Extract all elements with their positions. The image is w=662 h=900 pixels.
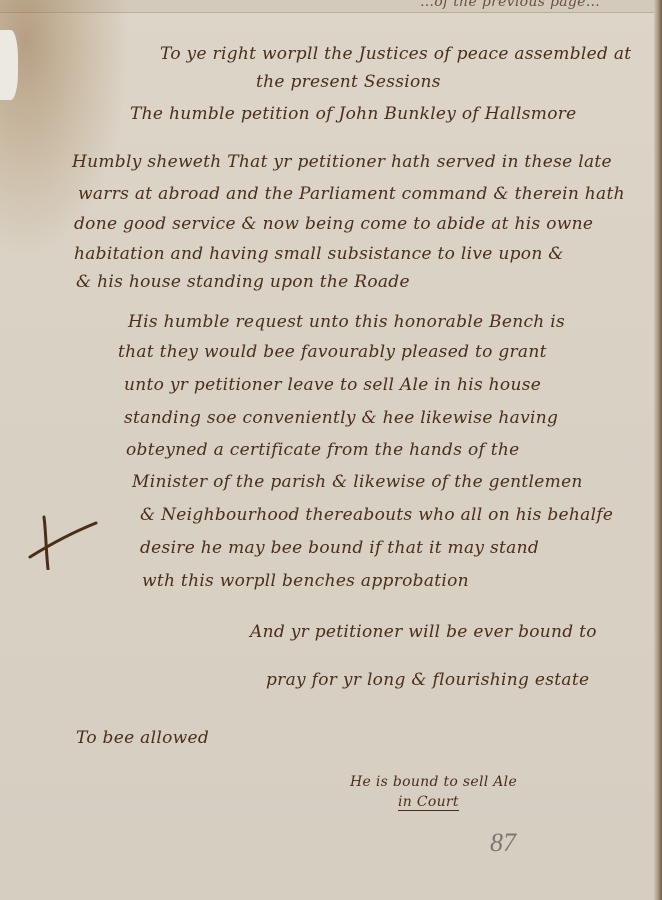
previous-page-text: …of the previous page… bbox=[420, 0, 600, 10]
endorsement-line-1: He is bound to sell Ale bbox=[350, 774, 517, 790]
body-line-5: & his house standing upon the Roade bbox=[76, 272, 410, 292]
manuscript-page: …of the previous page… To ye right worpl… bbox=[0, 0, 662, 900]
request-line-3: unto yr petitioner leave to sell Ale in … bbox=[124, 375, 541, 395]
body-line-2: warrs at abroad and the Parliament comma… bbox=[78, 184, 625, 204]
endorsement-line-2: in Court bbox=[398, 794, 459, 811]
request-line-9: wth this worpll benches approbation bbox=[142, 571, 469, 591]
closing-line-2: pray for yr long & flourishing estate bbox=[266, 670, 589, 690]
request-line-2: that they would bee favourably pleased t… bbox=[118, 342, 547, 362]
request-line-1: His humble request unto this honorable B… bbox=[128, 312, 565, 332]
torn-edge bbox=[0, 30, 18, 100]
body-line-1: Humbly sheweth That yr petitioner hath s… bbox=[72, 152, 612, 172]
address-line-2: the present Sessions bbox=[256, 72, 441, 92]
body-line-4: habitation and having small subsistance … bbox=[74, 244, 564, 264]
folio-number: 87 bbox=[490, 828, 516, 858]
body-line-3: done good service & now being come to ab… bbox=[74, 214, 593, 234]
binding-edge bbox=[654, 0, 662, 900]
marginal-note: To bee allowed bbox=[76, 728, 209, 748]
margin-cross-mark bbox=[26, 515, 98, 570]
request-line-4: standing soe conveniently & hee likewise… bbox=[124, 408, 558, 428]
petition-title: The humble petition of John Bunkley of H… bbox=[130, 104, 577, 124]
request-line-7: & Neighbourhood thereabouts who all on h… bbox=[140, 505, 613, 525]
address-line-1: To ye right worpll the Justices of peace… bbox=[160, 44, 631, 64]
request-line-8: desire he may bee bound if that it may s… bbox=[140, 538, 539, 558]
request-line-5: obteyned a certificate from the hands of… bbox=[126, 440, 520, 460]
request-line-6: Minister of the parish & likewise of the… bbox=[132, 472, 583, 492]
closing-line-1: And yr petitioner will be ever bound to bbox=[250, 622, 597, 642]
